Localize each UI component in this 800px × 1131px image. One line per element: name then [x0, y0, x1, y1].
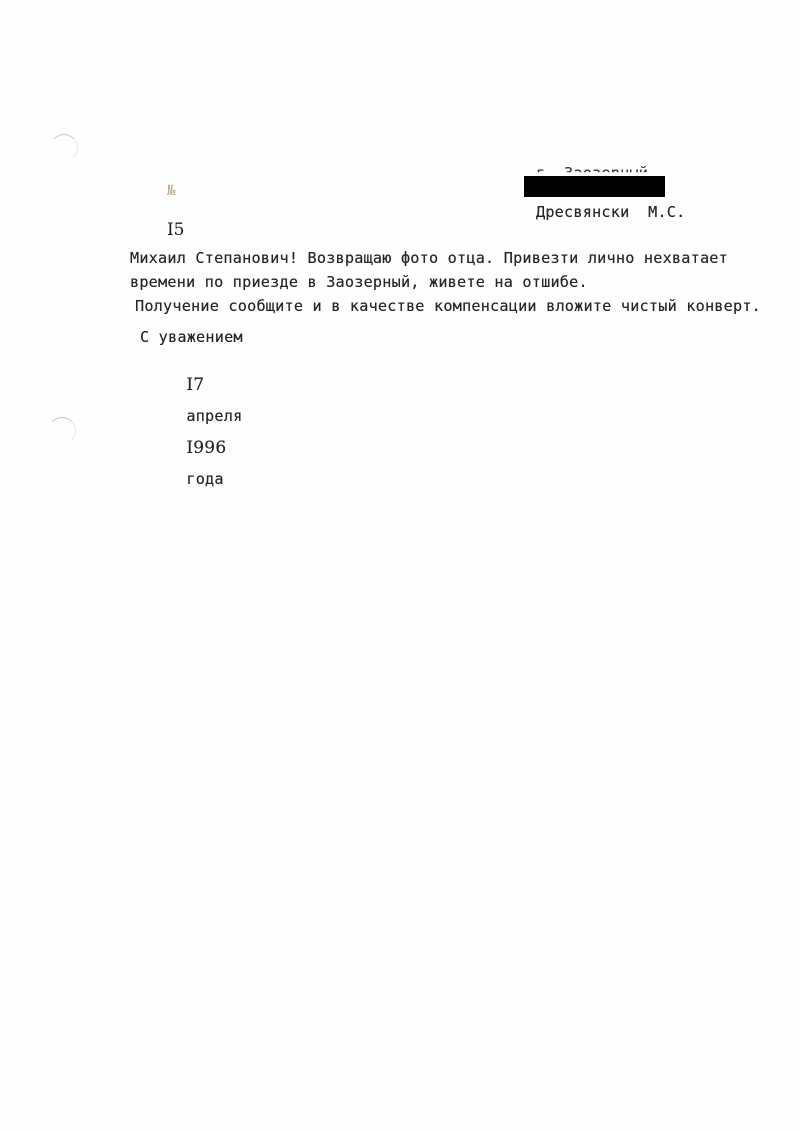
hole-punch-mark: [48, 417, 76, 445]
redaction-bar: [524, 176, 665, 197]
hole-punch-mark: [50, 134, 78, 162]
document-page: № I5 г. Заозерный Дресвянски М.С. Михаил…: [0, 0, 800, 1131]
recipient-name: Дресвянски М.С.: [536, 205, 686, 220]
body-line-2: времени по приезде в Заозерный, живете н…: [130, 275, 588, 290]
date-suffix: года: [186, 470, 223, 488]
number-value: I5: [167, 220, 185, 240]
body-line-3: Получение сообщите и в качестве компенса…: [135, 299, 761, 314]
body-line-1: Михаил Степанович! Возвращаю фото отца. …: [130, 251, 728, 266]
letter-number: № I5: [126, 160, 184, 260]
number-sign: №: [167, 183, 175, 199]
letter-date: I7 апреля I996 года: [149, 362, 242, 502]
closing-greeting: С уважением: [140, 330, 243, 345]
